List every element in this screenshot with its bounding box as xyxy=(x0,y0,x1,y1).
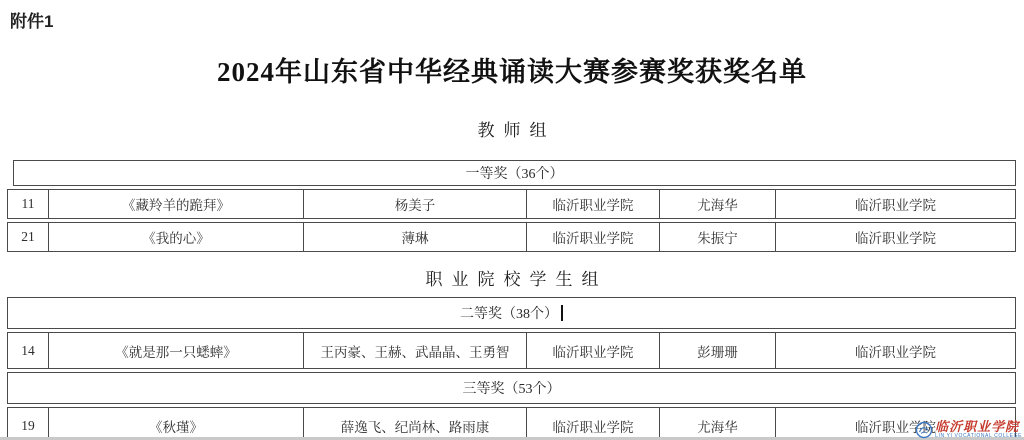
attachment-label[interactable]: 附件1 xyxy=(10,7,53,32)
cell-entry-number[interactable]: 21 xyxy=(8,223,49,251)
cell-entry-number[interactable]: 11 xyxy=(8,190,49,218)
logo-circle-icon xyxy=(915,421,933,439)
award-header-label: 一等奖（36个） xyxy=(466,163,564,183)
award-header-second-prize[interactable]: 二等奖（38个） xyxy=(7,297,1016,329)
cell-performers[interactable]: 薛逸飞、纪尚林、路雨康 xyxy=(304,408,527,440)
cell-work-title[interactable]: 《秋瑾》 xyxy=(49,408,304,440)
award-header-third-prize[interactable]: 三等奖（53个） xyxy=(7,372,1016,404)
cell-school[interactable]: 临沂职业学院 xyxy=(527,408,660,440)
cell-work-title[interactable]: 《就是那一只蟋蟀》 xyxy=(49,333,304,368)
cell-school[interactable]: 临沂职业学院 xyxy=(527,190,660,218)
table-row: 14 《就是那一只蟋蟀》 王丙豪、王赫、武晶晶、王勇智 临沂职业学院 彭珊珊 临… xyxy=(7,332,1016,369)
table-student-group: 二等奖（38个） 14 《就是那一只蟋蟀》 王丙豪、王赫、武晶晶、王勇智 临沂职… xyxy=(7,297,1016,440)
college-logo-watermark: 临沂职业学院 LIN YI VOCATIONAL COLLEGE xyxy=(915,420,1022,439)
section-heading-student-group[interactable]: 职业院校学生组 xyxy=(0,265,1024,290)
table-row: 19 《秋瑾》 薛逸飞、纪尚林、路雨康 临沂职业学院 尤海华 临沂职业学院 xyxy=(7,407,1016,440)
cell-instructor-school[interactable]: 临沂职业学院 xyxy=(776,333,1015,368)
cell-instructor-school[interactable]: 临沂职业学院 xyxy=(776,223,1015,251)
cell-entry-number[interactable]: 14 xyxy=(8,333,49,368)
cell-instructor-school[interactable]: 临沂职业学院 xyxy=(776,190,1015,218)
cell-entry-number[interactable]: 19 xyxy=(8,408,49,440)
doc-title[interactable]: 2024年山东省中华经典诵读大赛参赛奖获奖名单 xyxy=(0,50,1024,89)
cell-school[interactable]: 临沂职业学院 xyxy=(527,223,660,251)
cell-performers[interactable]: 王丙豪、王赫、武晶晶、王勇智 xyxy=(304,333,527,368)
table-teacher-group: 一等奖（36个） 11 《藏羚羊的跪拜》 杨美子 临沂职业学院 尤海华 临沂职业… xyxy=(7,160,1016,255)
logo-cn-text: 临沂职业学院 xyxy=(935,420,1022,433)
cell-instructor[interactable]: 尤海华 xyxy=(660,408,776,440)
cell-work-title[interactable]: 《我的心》 xyxy=(49,223,304,251)
cell-performers[interactable]: 薄琳 xyxy=(304,223,527,251)
logo-en-text: LIN YI VOCATIONAL COLLEGE xyxy=(935,434,1022,439)
table-row: 11 《藏羚羊的跪拜》 杨美子 临沂职业学院 尤海华 临沂职业学院 xyxy=(7,189,1016,219)
cell-instructor[interactable]: 尤海华 xyxy=(660,190,776,218)
section-heading-teacher-group[interactable]: 教师组 xyxy=(0,116,1024,141)
award-header-label: 三等奖（53个） xyxy=(463,378,561,398)
cell-instructor[interactable]: 彭珊珊 xyxy=(660,333,776,368)
cell-instructor[interactable]: 朱振宁 xyxy=(660,223,776,251)
table-row: 21 《我的心》 薄琳 临沂职业学院 朱振宁 临沂职业学院 xyxy=(7,222,1016,252)
award-header-first-prize[interactable]: 一等奖（36个） xyxy=(13,160,1016,186)
award-header-label: 二等奖（38个） xyxy=(460,303,558,323)
cell-work-title[interactable]: 《藏羚羊的跪拜》 xyxy=(49,190,304,218)
cell-school[interactable]: 临沂职业学院 xyxy=(527,333,660,368)
document-page: { "document": { "attachment_label": "附件1… xyxy=(0,0,1024,440)
text-caret xyxy=(561,305,563,321)
cell-performers[interactable]: 杨美子 xyxy=(304,190,527,218)
